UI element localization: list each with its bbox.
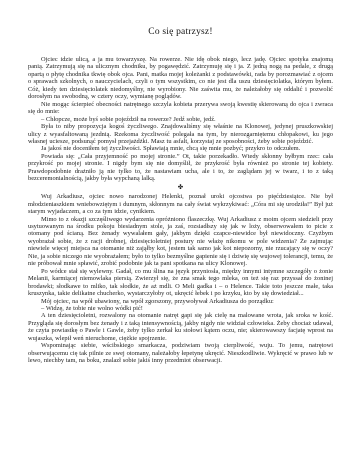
paragraph: Była to niby propozycja kogoś życzliwego… <box>28 123 333 145</box>
paragraph: Ojciec idzie ulicą, a ja mu towarzyszę. … <box>28 56 333 101</box>
paragraph: Ja jakoś nie doceniłem tej życzliwości. … <box>28 145 333 152</box>
paragraph: Wuj Arkadiusz, ojciec nowo narodzonej He… <box>28 193 333 215</box>
dialogue-line: – Widzę, że tobie nie wolno wódki pić! <box>28 305 333 312</box>
paragraph: Wspominając siebie, wścibskiego smarkacz… <box>28 342 333 364</box>
paragraph: Mimo to z okazji szczęśliwego wydarzenia… <box>28 216 333 268</box>
section-separator-icon: ✤ <box>28 184 333 191</box>
paragraph: Po wódce stał się wylewny. Gadał, co mu … <box>28 268 333 298</box>
page-title: Co się patrzysz! <box>28 26 333 38</box>
book-page: Co się patrzysz! Ojciec idzie ulicą, a j… <box>0 0 360 466</box>
dialogue-line: – Chłopcze, może byś sobie pojeździł na … <box>28 116 333 123</box>
paragraph: A ten dziesięcioletni, rozwalony na otom… <box>28 312 333 342</box>
paragraph: Powiada się: „Cała przyjemność po mojej … <box>28 153 333 183</box>
paragraph: Mój ojciec, na wpół ubawiony, na wpół zg… <box>28 298 333 305</box>
page-body: Ojciec idzie ulicą, a ja mu towarzyszę. … <box>28 56 333 365</box>
paragraph: Nie mogąc ścierpieć obecności natrętnego… <box>28 101 333 116</box>
